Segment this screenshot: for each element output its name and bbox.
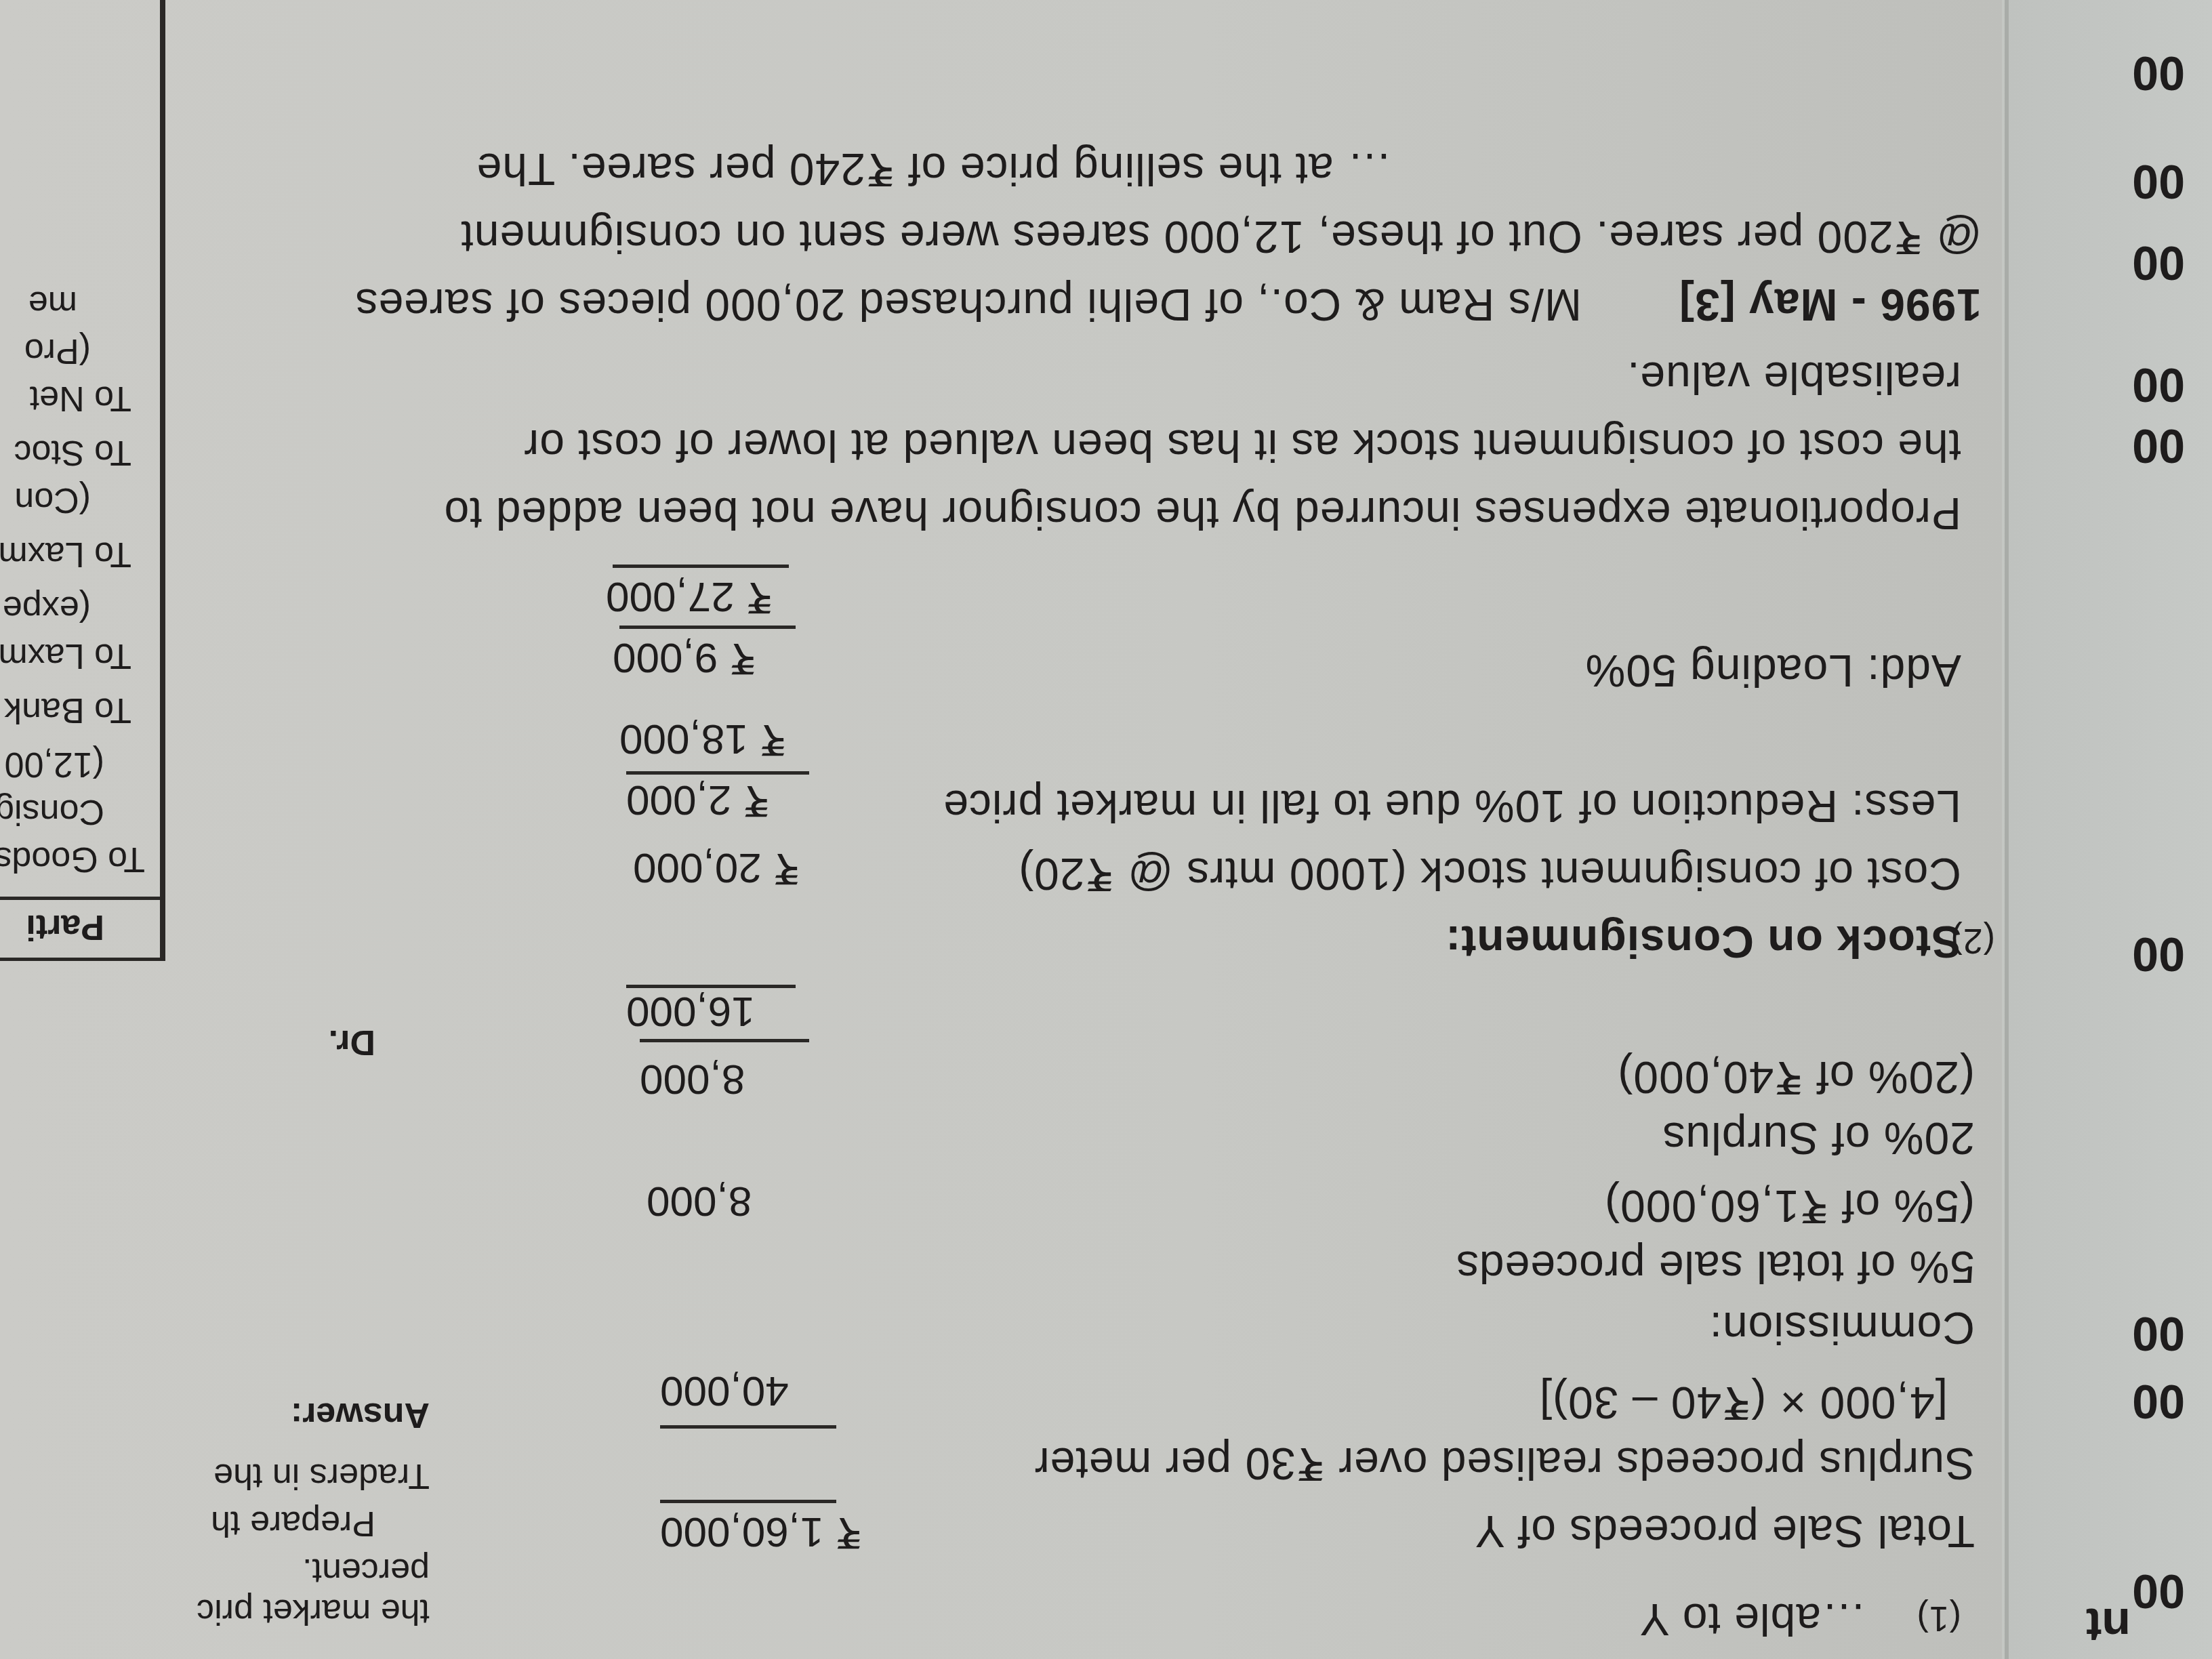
underline (626, 985, 796, 988)
calc1-amount: 8,000 (647, 1177, 904, 1225)
calc2-heading: Stock on Consignment: (1445, 916, 1961, 968)
question-line: @ ₹200 per saree. Out of these, 12,000 s… (460, 211, 1982, 263)
account-entry: To Stoc (14, 432, 131, 473)
account-entry: To Laxm (0, 636, 131, 676)
facing-number: 00 (2132, 358, 2185, 412)
facing-page: 00 00 00 00 00 00 00 00 00 nt (2005, 0, 2212, 1659)
calc1-label: 5% of total sale proceeds (1456, 1242, 1975, 1293)
facing-heading: nt (2086, 1598, 2131, 1652)
calc1-amount: 8,000 (640, 1055, 897, 1103)
account-entry: To Goods (0, 839, 145, 880)
question-line: M/s Ram & Co., of Delhi purchased 20,000… (354, 279, 1582, 331)
answer-line: percent. (302, 1551, 430, 1591)
calc1-amount: ₹ 1,60,000 (660, 1508, 918, 1557)
calc2-label: Less: Reduction of 10% due to fall in ma… (943, 781, 1961, 832)
question-line: … at the selling price of ₹240 per saree… (476, 143, 1393, 195)
account-entry: (12,00 (5, 744, 104, 785)
calc1-label: (5% of ₹1,60,000) (1604, 1180, 1975, 1232)
facing-number: 00 (2132, 1374, 2185, 1429)
account-column-header: Parti (26, 907, 104, 947)
facing-number: 00 (2132, 1564, 2185, 1618)
calc1-label: Total Sale proceeds of Y (1475, 1506, 1975, 1557)
calc1-label: Surplus proceeds realised over ₹30 per m… (1034, 1437, 1975, 1490)
calc1-label: Commission: (1709, 1303, 1975, 1354)
calc2-amount: ₹ 9,000 (613, 634, 870, 683)
calc2-label: Add: Loading 50% (1585, 645, 1961, 697)
calc1-label: [4,000 × (₹40 – 30)] (1539, 1376, 1948, 1429)
calc1-label: (20% of ₹40,000) (1617, 1051, 1975, 1103)
answer-heading: Answer: (291, 1395, 430, 1435)
calc2-note: Proportionate expenses incurred by the c… (403, 344, 1961, 548)
calc1-marker: (1) (1916, 1598, 1961, 1639)
facing-number: 00 (2132, 155, 2185, 209)
account-entry: me (28, 283, 77, 324)
underline (640, 1039, 809, 1042)
calc1-label: 20% of Surplus (1662, 1113, 1975, 1164)
calc2-amount: ₹ 20,000 (633, 844, 890, 893)
account-left-border (160, 0, 165, 961)
account-side-label: Dr. (329, 1022, 375, 1063)
calc2-amount: ₹ 2,000 (626, 776, 884, 825)
account-entry: (Con (14, 480, 91, 520)
calc2-amount: ₹ 18,000 (619, 715, 877, 764)
account-top-border (0, 958, 165, 961)
calc2-total: ₹ 27,000 (606, 573, 863, 622)
calc1-total: 16,000 (626, 987, 884, 1036)
underline (660, 1425, 836, 1429)
underline (626, 771, 809, 775)
facing-number: 00 (2132, 236, 2185, 290)
account-entry: (Pro (24, 331, 91, 371)
section-heading: …able to Y (1639, 1594, 1866, 1645)
main-page: …able to Y (1) Total Sale proceeds of Y … (0, 0, 2002, 1659)
underline (613, 565, 789, 568)
book-photo: 00 00 00 00 00 00 00 00 00 nt …able to Y… (0, 0, 2212, 1659)
answer-line: the market pric (197, 1591, 430, 1632)
account-header-border (0, 897, 165, 900)
answer-line: Traders in the (213, 1456, 430, 1496)
facing-number: 00 (2132, 419, 2185, 473)
question-ref: 1996 - May [3] (1679, 279, 1982, 331)
facing-number: 00 (2132, 46, 2185, 100)
facing-number: 00 (2132, 1307, 2185, 1361)
account-entry: (expe (3, 588, 91, 629)
calc2-label: Cost of consignment stock (1000 mtrs @ ₹… (1018, 848, 1961, 900)
account-entry: To Bank (4, 690, 131, 731)
underline (619, 626, 796, 629)
underline (660, 1500, 836, 1503)
calc1-amount: 40,000 (660, 1367, 918, 1415)
account-entry: To Net (30, 378, 131, 419)
facing-number: 00 (2132, 927, 2185, 981)
account-entry: Consig (0, 792, 104, 832)
account-entry: To Laxm (0, 534, 131, 575)
answer-line: Prepare th (211, 1503, 375, 1544)
